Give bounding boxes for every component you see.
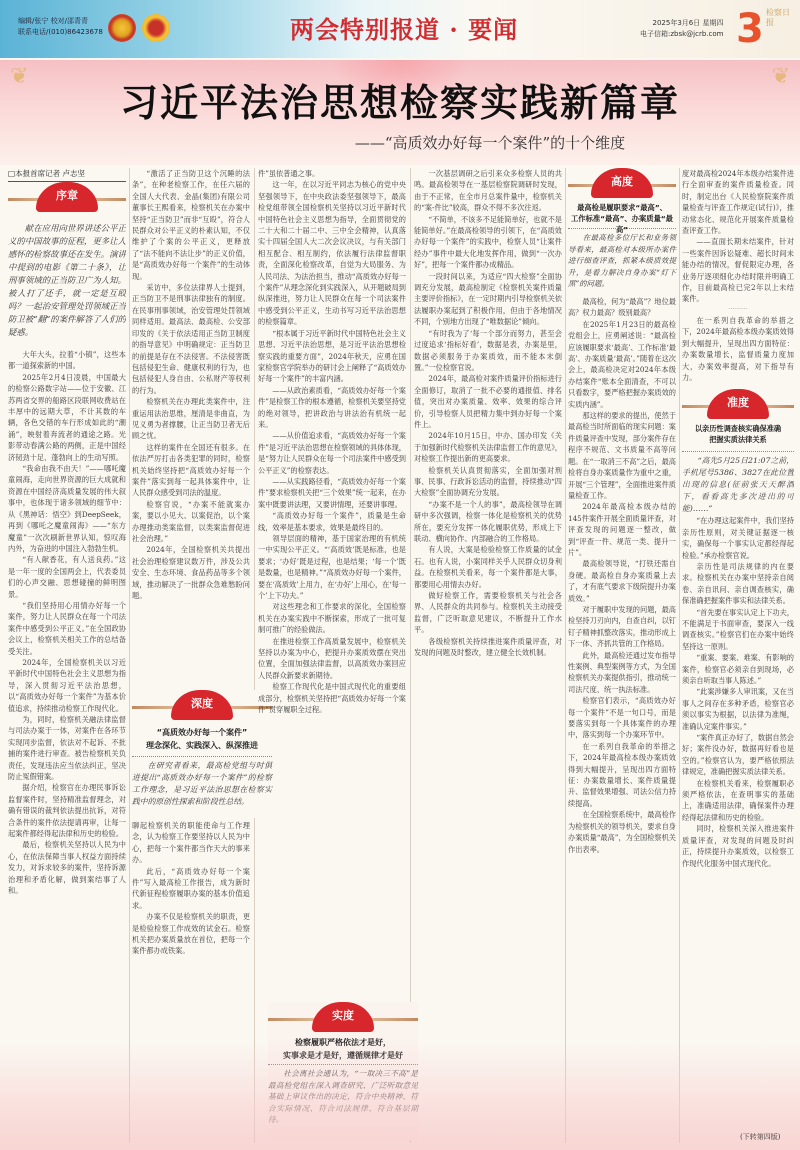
paragraph: “不简单，不该多不足能简单好，也就不是能简单好。”在最高检领导的引领下，在“高质… — [414, 214, 562, 271]
paragraph: 这样的案件在全国还有很多。在依法严厉打击各类犯罪的同时，检察机关始终坚持把“高质… — [132, 442, 250, 499]
title-line: 检察履职严格依法才是好， — [268, 1036, 418, 1049]
paragraph: 2024年10月15日，中办、国办印发《关于加强新时代检察机关法律监督工作的意见… — [414, 430, 562, 464]
paragraph: 在一系列自我革命的举措之下，2024年最高检本级办案质效得到大幅提升，呈现出四方… — [682, 315, 794, 383]
article-column-2: “激活了正当防卫这个沉睡的法条”，在种老检察工作，在任六届的全国人大代表、金晶(… — [132, 168, 250, 1143]
paragraph: 那这样的要求的提出，使然于最高检当时所面临的现实问题：案件质量评查中发现，部分案… — [568, 410, 676, 501]
paragraph: 办案不仅是检察机关的职责，更是检验检察工作成效的试金石。检察机关把办案质量放在首… — [132, 911, 250, 957]
column-divider — [129, 168, 130, 1143]
paragraph: “重案、要案、难案、有影响的案件，检察官必须亲自到现场，必须亲自听取当事人陈述。… — [682, 652, 794, 686]
paragraph: 在推进检察工作高质量发展中，检察机关坚持以办案为中心，把提升办案质效摆在突出位置… — [258, 636, 406, 682]
dotted-divider — [682, 451, 794, 452]
paragraph: 各级检察机关持续推进案件质量评查，对发现的问题及时整改，建立健全长效机制。 — [414, 636, 562, 659]
issue-date: 2025年3月6日 星期四 — [640, 18, 723, 29]
section-title-depth: “高质效办好每一个案件” 理念深化、实践深入、纵深推进 — [132, 726, 272, 752]
section-title-height: 最高检是履职要求“最高”、 工作标准“最高”、办案质量“最高” — [568, 202, 676, 235]
national-emblem-icon — [108, 14, 136, 42]
section-badge-preface: 序章 — [8, 182, 126, 222]
dotted-divider — [568, 228, 676, 229]
paragraph: 在一系列自我革命的举措之下，2024年最高检本级办案质效得到大幅提升，呈现出四方… — [568, 741, 676, 809]
badge-label: 高度 — [591, 168, 653, 198]
section-lead-accuracy: “高先5月25日21:07之前，手机尾号5386、3827在此位置出现的信息(征… — [682, 455, 794, 515]
article-column-4: 一次基层调研之后引来众多检察人员的共鸣。最高检领导在一基层检察院调研时发现，由于… — [414, 168, 562, 1143]
section-accuracy: 准度 以亲历性调查核实确保准确 把握实质法律关系 — [682, 389, 794, 449]
paragraph: 最后，检察机关坚持以人民为中心，在依法保障当事人权益方面持续发力，对诉求较多的案… — [8, 839, 126, 896]
section-lead-depth: 在研究者看来，最高检党组与时俱进提出“高质效办好每一个案件”的检察工作理念，是习… — [132, 760, 272, 808]
contact-email: 电子信箱:zbsk@jcrb.com — [640, 29, 723, 40]
paragraph: 2024年，全国检察机关共提出社会治理检察建议数万件，涉及公共安全、生态环境、食… — [132, 544, 250, 601]
title-line: 把握实质法律关系 — [682, 434, 794, 445]
column-divider — [565, 168, 566, 1143]
title-line: 实事求是才是好，遵循规律才是好 — [268, 1049, 418, 1062]
title-line: 最高检是履职要求“最高”、 — [568, 202, 676, 213]
section-lead-reality: 社会离社会通认为，“一取决三不高”是最高检党组在深入调查研究、广泛听取意见基础上… — [268, 1068, 418, 1126]
paragraph: 最高检领导说，“打铁还需自身硬。最高检自身办案质量上去了，才有底气要求下级院提升… — [568, 558, 676, 604]
headline-banner: ❦ ❦ 习近平法治思想检察实践新篇章 ——“高质效办好每一个案件”的十个维度 — [0, 60, 800, 165]
title-line: 理念深化、实践深入、纵深推进 — [132, 739, 272, 752]
paragraph: “我们坚持用心用情办好每一个案件，努力让人民群众在每一个司法案件中感受到公平正义… — [8, 600, 126, 657]
paragraph: “我命由我不由天！”——哪吒魔童闹海，走向世界资源的巨大成就和资源在中国经济高质… — [8, 463, 126, 554]
newspaper-seal-icon: 检察日报 — [766, 8, 792, 28]
dotted-divider — [268, 1064, 418, 1065]
paragraph: 2024年，全国检察机关以习近平新时代中国特色社会主义思想为指导，深入贯彻习近平… — [8, 657, 126, 714]
section-lead-preface: 献在应用向世界讲述公平正义的中国故事的征程，更多让人感怀的检察故事还在发生。演讲… — [8, 222, 126, 339]
paragraph: 检察官说，“办案不能就案办案，要以小见大、以案促治，以个案办理推动类案监督，以类… — [132, 499, 250, 545]
paragraph: 有人说，大案是检验检察工作质量的试金石。也有人说，小案同样关乎人民群众切身利益。… — [414, 544, 562, 590]
paragraph: ——从价值追求看，“高质效办好每一个案件”是习近平法治思想在检察领域的具体体现，… — [258, 430, 406, 476]
paragraph: 最高检，何为“最高”？地位最高？权力最高？级别最高？ — [568, 296, 676, 319]
paragraph: 2025年2月4日凌晨，中国最大的检察公路数字站——位于安徽、江苏两省交界的船路… — [8, 372, 126, 463]
section-title-reality: 检察履职严格依法才是好， 实事求是才是好，遵循规律才是好 — [268, 1036, 418, 1062]
paragraph: 同时，检察机关深入推进案件质量评查，对发现的问题及时纠正，持续提升办案质效，以检… — [682, 823, 794, 869]
paragraph: 件”虽依普通之事。 — [258, 168, 406, 179]
paragraph: 在2025年1月23日的最高检党组会上，应勇阐述说：“最高检应该履职要求‘最高’… — [568, 319, 676, 410]
page-masthead: 编辑/张宁 校对/邵青青 联系电话/(010)86423678 两会特别报道 ·… — [0, 0, 800, 58]
paragraph: ——从实践路径看，“高质效办好每一个案件”要求检察机关把“三个效果”统一起来，在… — [258, 476, 406, 510]
editor-line: 编辑/张宁 校对/邵青青 — [18, 16, 103, 27]
paragraph: 在检察机关看来，检察履职必须严格依法，在查明事实的基础上，准确适用法律，确保案件… — [682, 778, 794, 824]
contact-phone: 联系电话/(010)86423678 — [18, 27, 103, 38]
article-column-6: 度对最高检2024年本级办结案件进行全面审查的案件质量检查。同时，制定出台《人民… — [682, 168, 794, 1143]
paragraph: “高质效办好每一个案件”，质量是生命线，效率是基本要求，效果是最终目的。 — [258, 510, 406, 533]
badge-label: 序章 — [36, 182, 98, 212]
paragraph: 检察工作现代化是中国式现代化的重要组成部分，检察机关坚持把“高质效办好每一个案件… — [258, 681, 406, 715]
paragraph: 据介绍，检察官在办理民事诉讼监督案件时，坚持精准监督理念，对确有错误的裁判依法提… — [8, 782, 126, 839]
paragraph: 检察机关认真贯彻落实，全面加强对刑事、民事、行政诉讼活动的监督，持续推动“四大检… — [414, 465, 562, 499]
paragraph: 对于履职中发现的问题，最高检坚持刀刃向内，自查自纠，以钉钉子精神抓整改落实，推动… — [568, 604, 676, 650]
section-lead-height: 在最高检多位厅长和业务领导看来，最高检对本级所办案件进行细查评查，抓紧本级质效提… — [568, 232, 676, 290]
paragraph: 一段时间以来，为适应“四大检察”全面协调充分发展，最高检制定《检察机关案件质量主… — [414, 271, 562, 328]
paragraph: 做好检察工作，需要检察机关与社会各界、人民群众的共同参与。检察机关主动接受监督，… — [414, 590, 562, 636]
article-subheadline: ——“高质效办好每一个案件”的十个维度 — [240, 132, 740, 153]
paragraph: 为，同时，检察机关融法律监督与司法办案于一体，对案件在各环节实现同步监督，依法对… — [8, 714, 126, 782]
paragraph: ——直面长期未结案件，针对一些案件因诉讼疑难、超长时间未能办结的情况，督促限定办… — [682, 236, 794, 304]
paragraph: 采访中，多位法律界人士提到，正当防卫不是刑事法律独有的制度。在民事刑事领域，治安… — [132, 282, 250, 396]
paragraph: 大年大头，拉着“小镇”，这些本都一道探索新的中国。 — [8, 349, 126, 372]
paragraph: “此案涉嫌多人审讯案，又在当事人之间存在多种矛盾，检察官必须以事实为根据，以法律… — [682, 686, 794, 732]
paragraph: “在办理这起案件中，我们坚持亲历性原则，对关键证据逐一核实，确保每一个事实认定都… — [682, 515, 794, 561]
section-reality: 实度 检察履职严格依法才是好， 实事求是才是好，遵循规律才是好 社会离社会通认为… — [268, 1002, 418, 1140]
paragraph: 在全国检察系统中，最高检作为检察机关的领导机关，要求自身办案质量“最高”，为全国… — [568, 809, 676, 855]
cppcc-emblem-icon — [142, 14, 170, 42]
page-number: 3 — [736, 6, 764, 52]
section-height: 高度 最高检是履职要求“最高”、 工作标准“最高”、办案质量“最高” 在最高检多… — [568, 168, 676, 294]
title-line: “高质效办好每一个案件” — [132, 726, 272, 739]
paragraph: 度对最高检2024年本级办结案件进行全面审查的案件质量检查。同时，制定出台《人民… — [682, 168, 794, 236]
paragraph: “办案不是一个人的事”，最高检领导在调研中多次强调，检察一体化是检察机关的优势所… — [414, 499, 562, 545]
paragraph: 检察官们表示，“高质效办好每一个案件”不是一句口号，而是要落实到每一个具体案件的… — [568, 695, 676, 741]
paragraph: “根本属于习近平新时代中国特色社会主义思想、习近平法治思想，是习近平法治思想检察… — [258, 328, 406, 385]
paragraph: “案件真正办好了，数据自然会好；案件没办好，数据再好看也是空的。”检察官认为，要… — [682, 732, 794, 778]
paragraph: “有时我为了‘每一个部分而努力，甚至会过度追求‘指标好看’，数据是表，办案是里，… — [414, 328, 562, 374]
column-divider — [254, 168, 255, 1143]
article-column-5: 最高检，何为“最高”？地位最高？权力最高？级别最高？ 在2025年1月23日的最… — [568, 296, 676, 1143]
paragraph: 此后，“高质效办好每一个案件”写入最高检工作报告，成为新时代新征程检察履职办案的… — [132, 866, 250, 912]
separator-dots: ·········· — [682, 305, 794, 315]
paragraph: 对这些理念和工作要求的深化，全国检察机关在办案实践中不断探索，形成了一批可复制可… — [258, 601, 406, 635]
paragraph: 一次基层调研之后引来众多检察人员的共鸣。最高检领导在一基层检察院调研时发现，由于… — [414, 168, 562, 214]
badge-label: 准度 — [707, 389, 769, 419]
section-depth: 深度 “高质效办好每一个案件” 理念深化、实践深入、纵深推进 在研究者看来，最高… — [132, 690, 272, 818]
byline: □本报首席记者 卢志坚 — [8, 168, 126, 182]
article-column-1: 序章 献在应用向世界讲述公平正义的中国故事的征程，更多让人感怀的检察故事还在发生… — [8, 182, 126, 1150]
column-divider — [679, 168, 680, 1143]
paragraph: 2024年最高检本级办结的145件案件开展全面质量评查，对评查发现的问题逐一整改… — [568, 501, 676, 558]
paragraph: ——从政治素质看，“高质效办好每一个案件”是检察工作的根本遵循，检察机关要坚持党… — [258, 385, 406, 431]
issue-date-block: 2025年3月6日 星期四 电子信箱:zbsk@jcrb.com — [640, 18, 723, 40]
badge-label: 实度 — [312, 1002, 374, 1032]
column-divider — [410, 168, 411, 1143]
paragraph: 领导层面的精神，基于国家治理的有机统一中实现公平正义。“‘高质效’既是标准，也是… — [258, 533, 406, 601]
paragraph: “有人献香花，有人送良药。”这是一年一度的全国两会上，代表委员们的心声交融、思想… — [8, 554, 126, 600]
section-title: 两会特别报道 · 要闻 — [290, 10, 518, 45]
paragraph: 此外，最高检还通过发布指导性案例、典型案例等方式，为全国检察机关办案提供指引，推… — [568, 650, 676, 696]
article-headline: 习近平法治思想检察实践新篇章 — [0, 72, 800, 127]
dotted-divider — [132, 756, 272, 757]
section-title-accuracy: 以亲历性调查核实确保准确 把握实质法律关系 — [682, 423, 794, 445]
continued-on-page: (下转第四版) — [740, 1132, 780, 1142]
paragraph: 检察机关在办理此类案件中，注重运用法治思维，厘清是非曲直，为见义勇为者撑腰，让正… — [132, 396, 250, 442]
article-column-3: 件”虽依普通之事。 这一年，在以习近平同志为核心的党中央坚强领导下，在中央政法委… — [258, 168, 406, 1143]
paragraph: “首先要在事实认定上下功夫，不能满足于书面审查，要深入一线调查核实。”检察官们在… — [682, 607, 794, 653]
paragraph: “激活了正当防卫这个沉睡的法条”，在种老检察工作，在任六届的全国人大代表、金晶(… — [132, 168, 250, 282]
paragraph: 这一年，在以习近平同志为核心的党中央坚强领导下，在中央政法委坚强领导下，最高检党… — [258, 179, 406, 327]
title-line: 以亲历性调查核实确保准确 — [682, 423, 794, 434]
paragraph: 2024年，最高检对案件质量评价指标进行全面修订，取消了一批不必要的通报值、排名… — [414, 373, 562, 430]
editor-credit: 编辑/张宁 校对/邵青青 联系电话/(010)86423678 — [18, 16, 103, 38]
paragraph: 亲历性是司法规律的内在要求。检察机关在办案中坚持亲自阅卷、亲自讯问、亲自调查核实… — [682, 561, 794, 607]
badge-label: 深度 — [171, 690, 233, 720]
